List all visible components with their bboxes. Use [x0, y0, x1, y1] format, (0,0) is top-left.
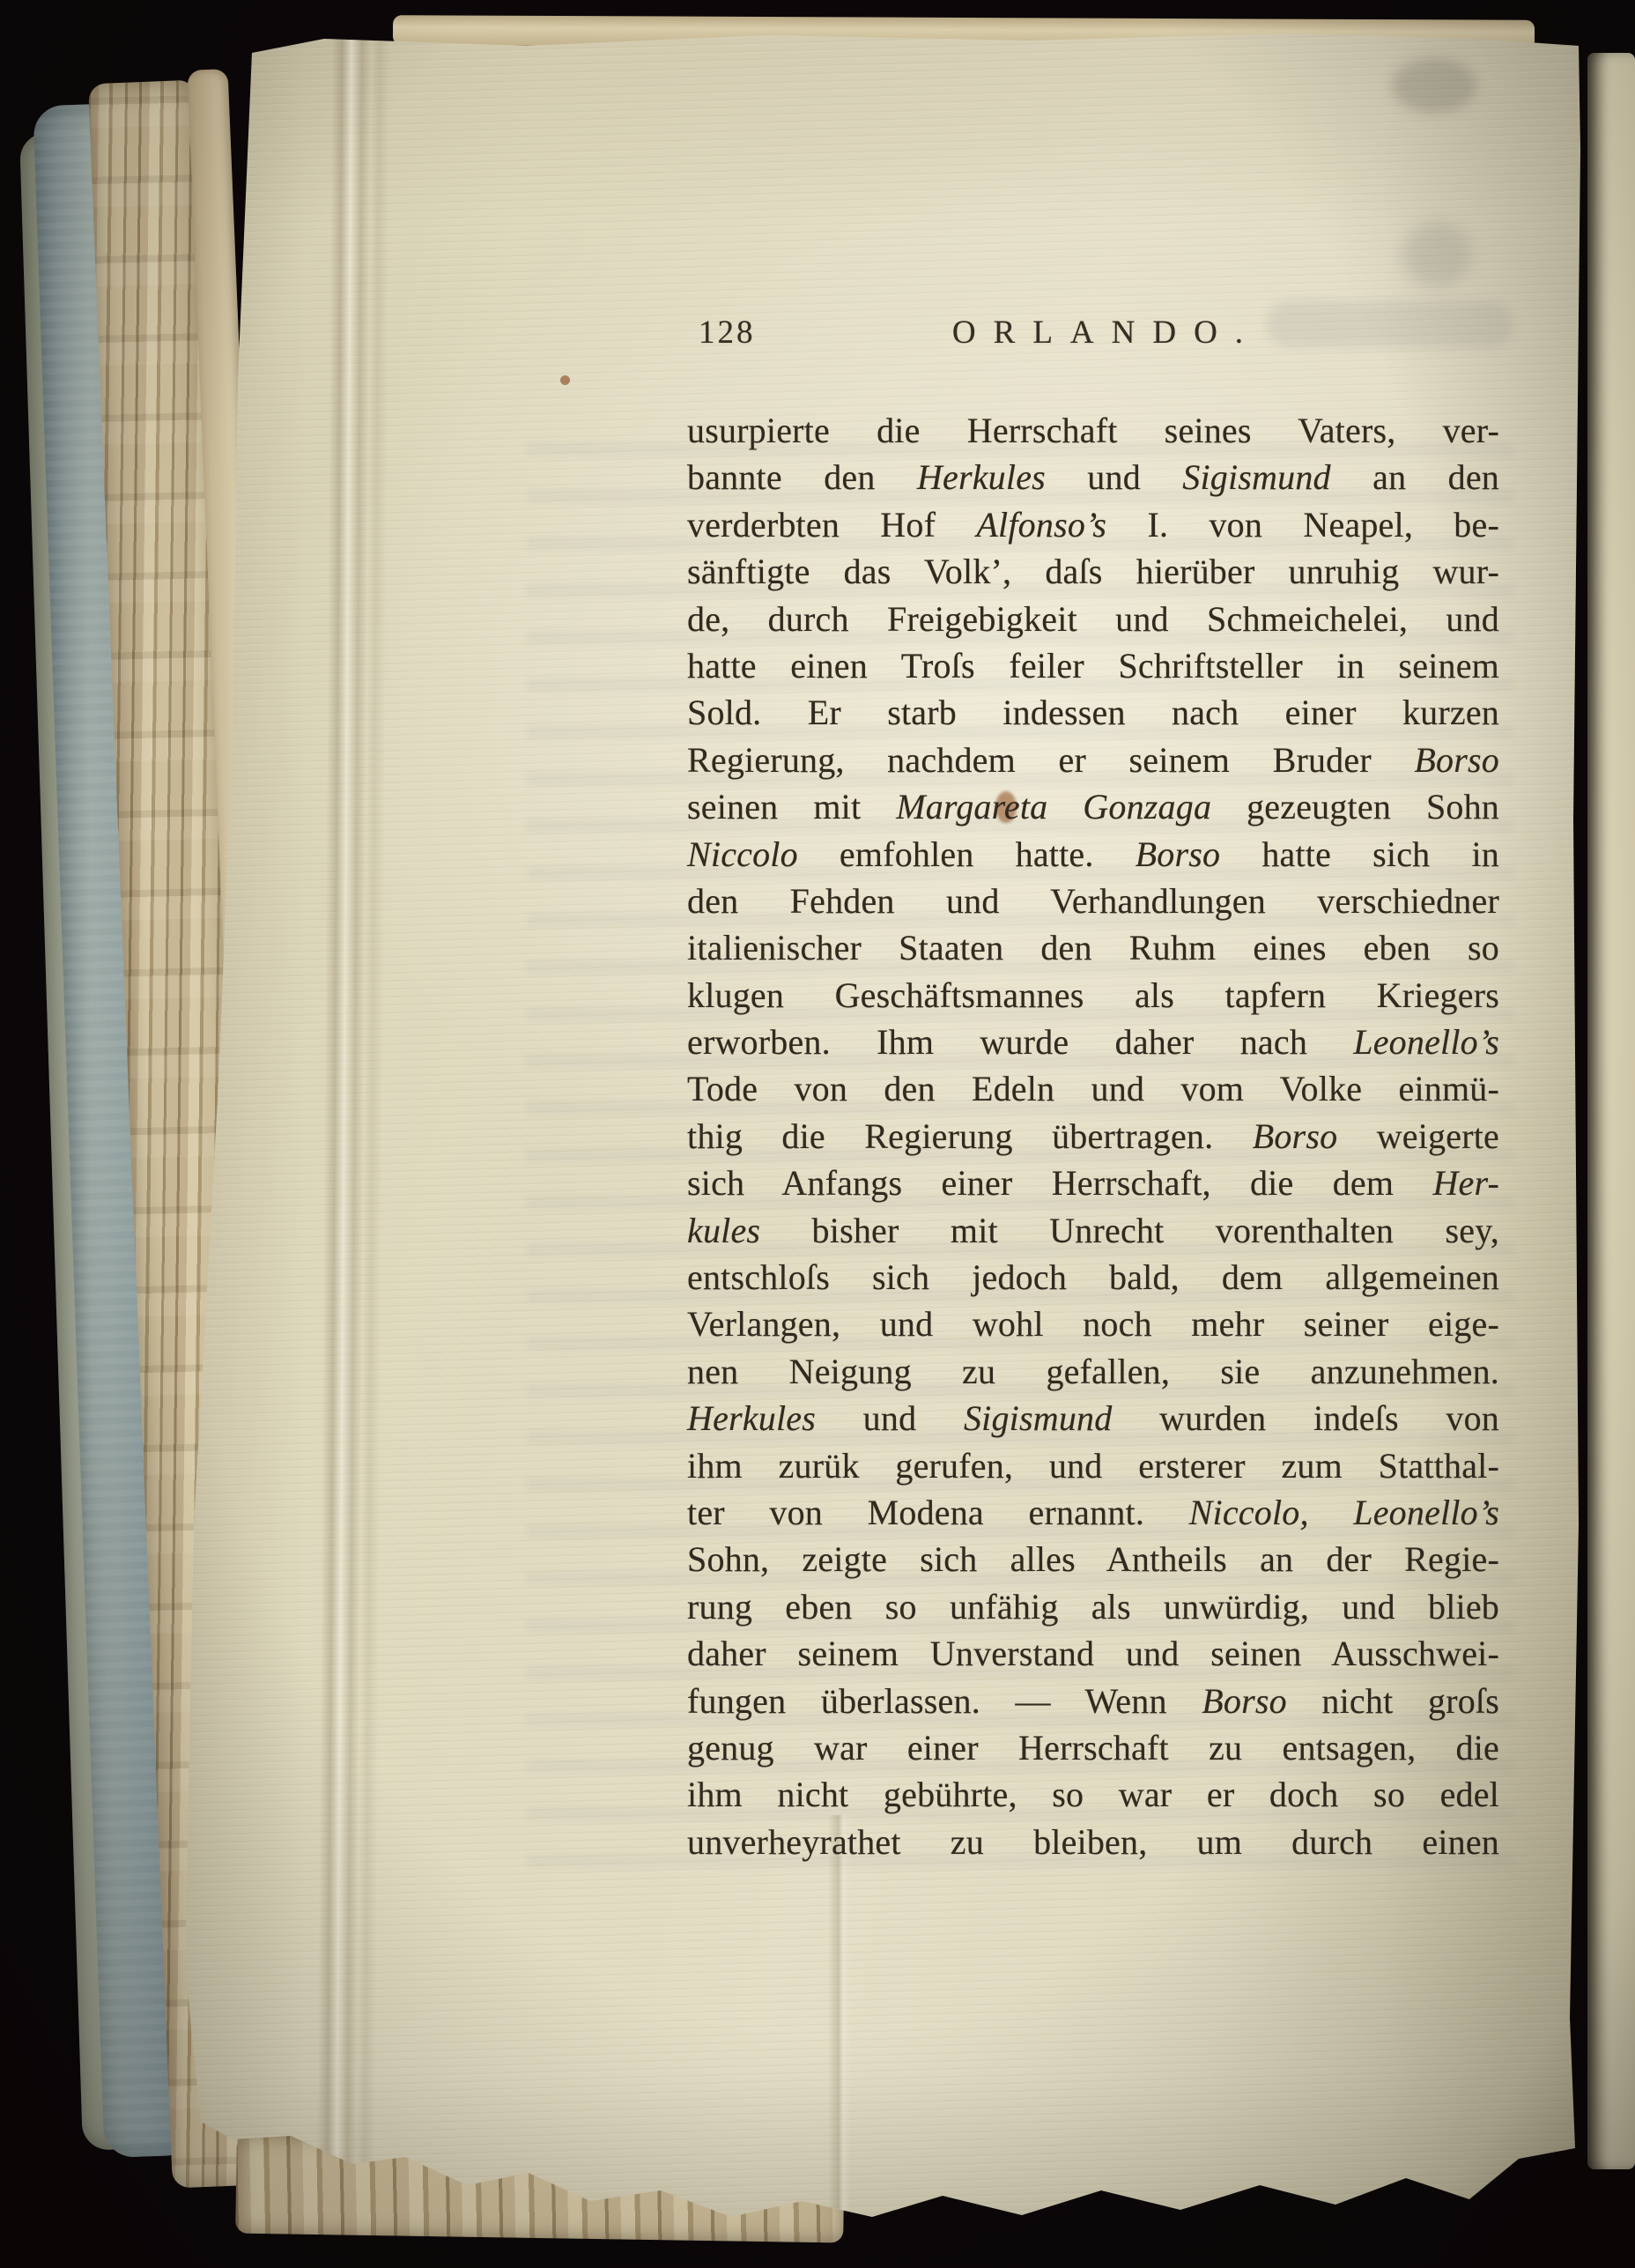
text-line: Verlangen, und wohl noch mehr seiner eig… — [687, 1301, 1499, 1347]
text-line: rung eben so unfähig als unwürdig, und b… — [687, 1583, 1499, 1630]
book-page: 128 ORLANDO. usurpierte die Herrschaft s… — [148, 26, 1580, 2227]
adjacent-page-edge — [1587, 53, 1635, 2169]
text-line: italienischer Staaten den Ruhm eines ebe… — [687, 924, 1499, 971]
page-header: 128 ORLANDO. — [687, 307, 1499, 356]
text-line: unverheyrathet zu bleiben, um durch eine… — [687, 1819, 1499, 1865]
text-line: seinen mit Margareta Gonzaga gezeugten S… — [687, 783, 1499, 830]
under-page-edge-blue — [33, 103, 196, 2158]
text-line: Niccolo emfohlen hatte. Borso hatte sich… — [687, 831, 1499, 878]
text-line: ihm nicht gebührte, so war er doch so ed… — [687, 1771, 1499, 1818]
page-edge-graygreen — [19, 131, 152, 2150]
text-line: Tode von den Edeln und vom Volke einmü- — [687, 1065, 1499, 1112]
text-line: verderbten Hof Alfonso’s I. von Neapel, … — [687, 501, 1499, 548]
text-line: erworben. Ihm wurde daher nach Leonello’… — [687, 1019, 1499, 1065]
text-line: kules bisher mit Unrecht vorenthalten se… — [687, 1207, 1499, 1254]
text-line: bannte den Herkules und Sigismund an den — [687, 454, 1499, 500]
ink-smudge — [1392, 58, 1476, 113]
foxing-spot — [560, 375, 570, 385]
text-line: ter von Modena ernannt. Niccolo, Leonell… — [687, 1489, 1499, 1536]
text-line: usurpierte die Herrschaft seines Vaters,… — [687, 407, 1499, 454]
page-number: 128 — [699, 314, 756, 352]
text-line: fungen überlassen. — Wenn Borso nicht gr… — [687, 1678, 1499, 1724]
text-line: klugen Geschäftsmannes als tapfern Krieg… — [687, 972, 1499, 1019]
text-line: genug war einer Herrschaft zu entsagen, … — [687, 1724, 1499, 1771]
text-block: usurpierte die Herrschaft seines Vaters,… — [687, 407, 1499, 1865]
text-line: nen Neigung zu gefallen, sie anzunehmen. — [687, 1348, 1499, 1395]
page-crease-left — [316, 30, 389, 2222]
text-line: Sohn, zeigte sich alles Antheils an der … — [687, 1536, 1499, 1582]
running-header: ORLANDO. — [952, 314, 1261, 352]
text-line: daher seinem Unverstand und seinen Aussc… — [687, 1630, 1499, 1677]
text-line: den Fehden und Verhandlungen verschiedne… — [687, 878, 1499, 924]
text-line: ihm zurük gerufen, und ersterer zum Stat… — [687, 1442, 1499, 1489]
text-line: sänftigte das Volk’, daſs hierüber unruh… — [687, 548, 1499, 595]
ink-smudge — [1402, 222, 1471, 287]
text-line: thig die Regierung übertragen. Borso wei… — [687, 1113, 1499, 1160]
text-line: de, durch Freigebigkeit und Schmeichelei… — [687, 596, 1499, 642]
text-line: entschloſs sich jedoch bald, dem allgeme… — [687, 1254, 1499, 1301]
text-line: hatte einen Troſs feiler Schriftsteller … — [687, 642, 1499, 689]
book-photo: 128 ORLANDO. usurpierte die Herrschaft s… — [0, 0, 1635, 2268]
text-line: Herkules und Sigismund wurden indeſs von — [687, 1395, 1499, 1442]
text-line: Regierung, nachdem er seinem Bruder Bors… — [687, 737, 1499, 783]
text-line: sich Anfangs einer Herrschaft, die dem H… — [687, 1160, 1499, 1206]
text-line: Sold. Er starb indessen nach einer kurze… — [687, 689, 1499, 736]
